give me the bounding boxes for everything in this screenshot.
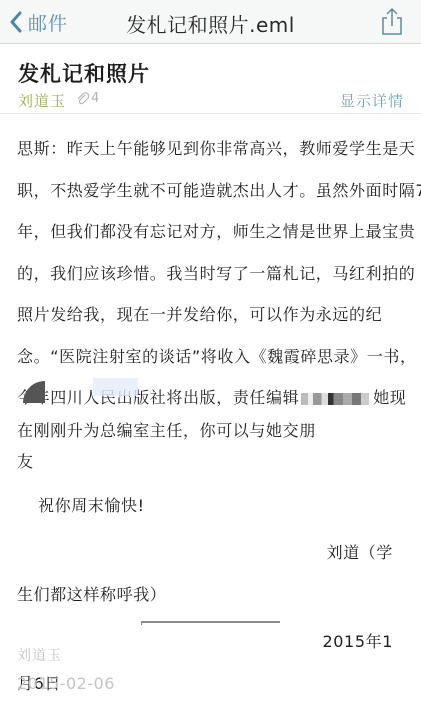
signature-line: 刘道（学: [17, 532, 405, 574]
window-title: 发札记和照片.eml: [0, 9, 421, 38]
attachment-indicator: 4: [76, 91, 99, 106]
body-line: 在刚刚升为总编室主任，你可以与她交朋: [17, 415, 405, 447]
body-line: 念。“医院注射室的谈话”将收入《魏霞碎思录》一书，: [17, 336, 405, 378]
navigation-bar: 邮件 发札记和照片.eml: [0, 0, 421, 44]
share-button[interactable]: [379, 6, 405, 36]
share-icon: [379, 6, 405, 36]
message-body: 思斯：昨天上午能够见到你非常高兴，教师爱学生是天 职，不热爱学生就不可能造就杰出…: [17, 128, 405, 704]
footer-sender: 刘道玉: [17, 645, 62, 665]
divider-tick: [141, 621, 142, 625]
closing-greeting: 祝你周末愉快!: [17, 485, 405, 527]
body-line-with-redaction: 今年四川人民出版社将出版，责任编辑她现: [17, 377, 405, 419]
body-line: 职，不热爱学生就不可能造就杰出人才。虽然外面时隔7: [17, 170, 405, 212]
body-line: 思斯：昨天上午能够见到你非常高兴，教师爱学生是天: [17, 128, 405, 170]
show-details-link[interactable]: 显示详情: [340, 90, 404, 111]
divider: [141, 621, 280, 623]
signature-continuation: 生们都这样称呼我）: [17, 574, 405, 616]
body-line: 友: [17, 447, 405, 485]
date-line: 2015年1: [17, 621, 405, 663]
body-text-segment: 她现: [373, 388, 406, 407]
paperclip-icon: [76, 92, 90, 106]
attachment-count: 4: [91, 91, 99, 106]
message-subject: 发札记和照片: [18, 58, 150, 88]
selection-highlight: [93, 378, 138, 396]
redacted-name: [301, 393, 369, 405]
message-header: 发札记和照片 刘道玉 4 显示详情: [0, 44, 421, 114]
footer-date: 2015-02-06: [17, 674, 115, 693]
sender-name[interactable]: 刘道玉: [18, 90, 66, 111]
body-line: 照片发给我，现在一并发给你，可以作为永远的纪: [17, 294, 405, 336]
body-line: 年，但我们都没有忘记对方，师生之情是世界上最宝贵: [17, 211, 405, 253]
body-line: 的，我们应该珍惜。我当时写了一篇札记，马红利拍的: [17, 253, 405, 295]
body-text-segment: 今年四川人民出版社将出版，责任编辑: [17, 388, 299, 407]
